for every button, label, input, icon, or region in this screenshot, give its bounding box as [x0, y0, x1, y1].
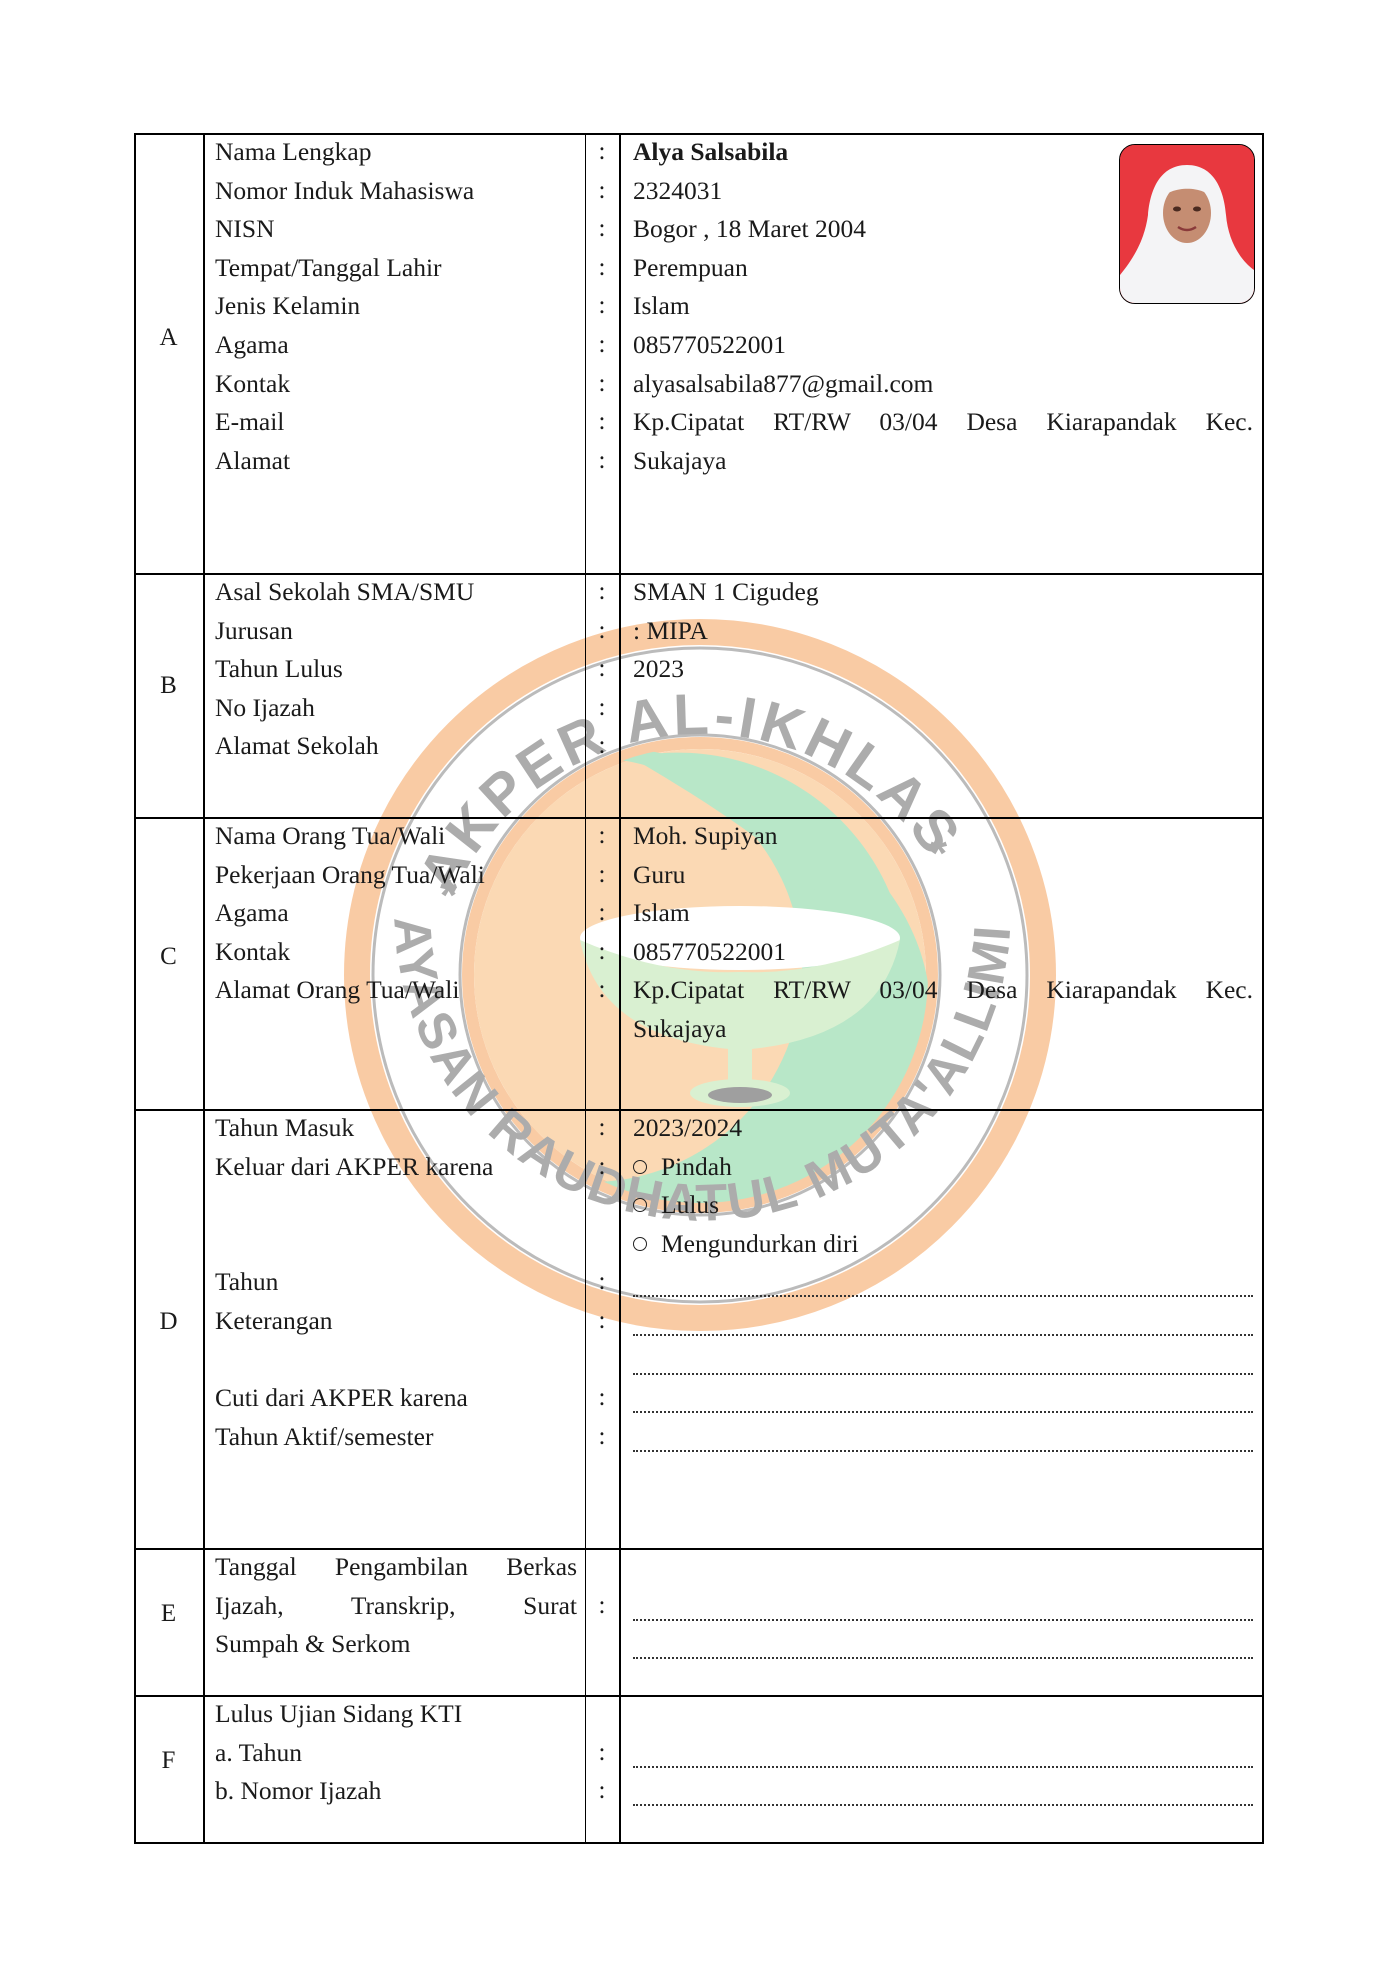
colon-separator: :	[585, 1267, 619, 1297]
colon-separator: :	[585, 407, 619, 437]
section-letter: F	[134, 1746, 203, 1776]
field-value: 2023	[633, 654, 684, 684]
option-label: Lulus	[661, 1190, 719, 1219]
blank-fill-line[interactable]	[633, 1804, 1253, 1806]
colon-separator: :	[585, 577, 619, 607]
field-value: 085770522001	[633, 330, 786, 360]
colon-separator: :	[585, 1152, 619, 1182]
section-letter: C	[134, 942, 203, 972]
colon-separator: :	[585, 1306, 619, 1336]
field-label: Tahun Lulus	[215, 654, 343, 684]
field-value: Islam	[633, 898, 690, 928]
field-value: Perempuan	[633, 253, 748, 283]
exit-reason-option[interactable]: Pindah	[633, 1152, 732, 1182]
colon-separator: :	[585, 1383, 619, 1413]
field-label: Kontak	[215, 369, 290, 399]
field-value: Bogor , 18 Maret 2004	[633, 214, 866, 244]
field-value: 085770522001	[633, 937, 786, 967]
blank-fill-line[interactable]	[633, 1657, 1253, 1659]
field-label: Nama Orang Tua/Wali	[215, 821, 445, 851]
field-label: Sumpah & Serkom	[215, 1629, 411, 1659]
field-value: 2324031	[633, 176, 722, 206]
colon-separator: :	[585, 1422, 619, 1452]
blank-fill-line[interactable]	[633, 1334, 1253, 1336]
option-label: Mengundurkan diri	[661, 1229, 859, 1258]
person-portrait-icon	[1120, 145, 1254, 303]
field-label: Keterangan	[215, 1306, 333, 1336]
colon-separator: :	[585, 731, 619, 761]
field-value: Guru	[633, 860, 685, 890]
student-photo	[1119, 144, 1255, 304]
colon-separator: :	[585, 937, 619, 967]
field-value: Sukajaya	[633, 446, 726, 476]
field-value: Kp.Cipatat RT/RW 03/04 Desa Kiarapandak …	[633, 975, 1253, 1005]
colon-separator: :	[585, 898, 619, 928]
field-label: Tempat/Tanggal Lahir	[215, 253, 442, 283]
field-label: Keluar dari AKPER karena	[215, 1152, 493, 1182]
colon-separator: :	[585, 860, 619, 890]
colon-separator: :	[585, 616, 619, 646]
field-label: No Ijazah	[215, 693, 315, 723]
field-label: Jurusan	[215, 616, 293, 646]
radio-circle-icon[interactable]	[633, 1160, 647, 1174]
field-label: Lulus Ujian Sidang KTI	[215, 1699, 462, 1729]
field-label: NISN	[215, 214, 275, 244]
section-letter: A	[134, 323, 203, 353]
field-value: Sukajaya	[633, 1014, 726, 1044]
colon-separator: :	[585, 137, 619, 167]
blank-fill-line[interactable]	[633, 1373, 1253, 1375]
section-letter: B	[134, 671, 203, 701]
blank-fill-line[interactable]	[633, 1766, 1253, 1768]
field-label: Asal Sekolah SMA/SMU	[215, 577, 474, 607]
blank-fill-line[interactable]	[633, 1450, 1253, 1452]
field-label: Tahun	[215, 1267, 278, 1297]
colon-separator: :	[585, 446, 619, 476]
field-label: Nama Lengkap	[215, 137, 371, 167]
field-label: Alamat	[215, 446, 290, 476]
colon-separator: :	[585, 654, 619, 684]
field-label: Agama	[215, 898, 289, 928]
section-letter: E	[134, 1599, 203, 1629]
colon-separator: :	[585, 1591, 619, 1621]
colon-separator: :	[585, 1776, 619, 1806]
field-value: Islam	[633, 291, 690, 321]
field-value: SMAN 1 Cigudeg	[633, 577, 819, 607]
section-letter: D	[134, 1307, 203, 1337]
colon-separator: :	[585, 330, 619, 360]
field-value: Kp.Cipatat RT/RW 03/04 Desa Kiarapandak …	[633, 407, 1253, 437]
field-label: Alamat Sekolah	[215, 731, 379, 761]
field-label: Kontak	[215, 937, 290, 967]
radio-circle-icon[interactable]	[633, 1237, 647, 1251]
colon-separator: :	[585, 1738, 619, 1768]
field-value: 2023/2024	[633, 1113, 742, 1143]
field-label: Pekerjaan Orang Tua/Wali	[215, 860, 485, 890]
field-label: Agama	[215, 330, 289, 360]
colon-separator: :	[585, 253, 619, 283]
field-value: : MIPA	[633, 616, 708, 646]
blank-fill-line[interactable]	[633, 1295, 1253, 1297]
field-label: Tanggal Pengambilan Berkas	[215, 1552, 577, 1582]
field-label: a. Tahun	[215, 1738, 302, 1768]
field-label: Jenis Kelamin	[215, 291, 360, 321]
option-label: Pindah	[661, 1152, 732, 1181]
field-value: Alya Salsabila	[633, 137, 788, 167]
blank-fill-line[interactable]	[633, 1619, 1253, 1621]
field-value: Moh. Supiyan	[633, 821, 778, 851]
field-label: Tahun Masuk	[215, 1113, 354, 1143]
field-label: Tahun Aktif/semester	[215, 1422, 433, 1452]
field-label: b. Nomor Ijazah	[215, 1776, 381, 1806]
field-label: E-mail	[215, 407, 284, 437]
field-label: Cuti dari AKPER karena	[215, 1383, 468, 1413]
colon-separator: :	[585, 1113, 619, 1143]
field-value: alyasalsabila877@gmail.com	[633, 369, 933, 399]
field-label: Nomor Induk Mahasiswa	[215, 176, 474, 206]
field-label: Ijazah, Transkrip, Surat	[215, 1591, 577, 1621]
colon-separator: :	[585, 176, 619, 206]
exit-reason-option[interactable]: Mengundurkan diri	[633, 1229, 859, 1259]
exit-reason-option[interactable]: Lulus	[633, 1190, 719, 1220]
colon-separator: :	[585, 369, 619, 399]
colon-separator: :	[585, 693, 619, 723]
field-label: Alamat Orang Tua/Wali	[215, 975, 459, 1005]
radio-circle-icon[interactable]	[633, 1198, 647, 1212]
blank-fill-line[interactable]	[633, 1411, 1253, 1413]
student-data-table: ANama Lengkap:Alya SalsabilaNomor Induk …	[134, 133, 1264, 1842]
colon-separator: :	[585, 214, 619, 244]
colon-separator: :	[585, 821, 619, 851]
colon-separator: :	[585, 291, 619, 321]
colon-separator: :	[585, 975, 619, 1005]
